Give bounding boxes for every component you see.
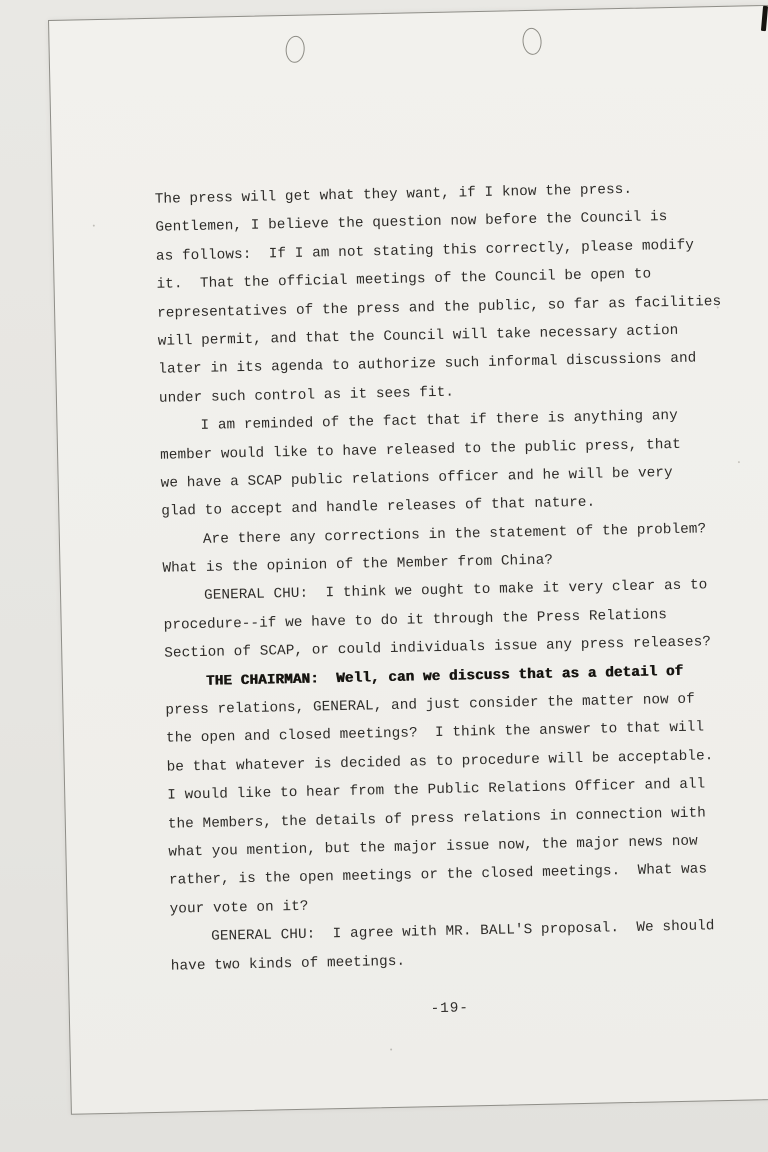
page-number: -19-: [400, 1000, 500, 1018]
scanned-document-image: The press will get what they want, if I …: [0, 0, 768, 1152]
document-page: The press will get what they want, if I …: [48, 3, 768, 1115]
typed-text-block: The press will get what they want, if I …: [154, 173, 768, 980]
punch-hole-left: [285, 35, 306, 63]
punch-hole-right: [521, 27, 542, 56]
photocopy-specks: [49, 21, 50, 22]
